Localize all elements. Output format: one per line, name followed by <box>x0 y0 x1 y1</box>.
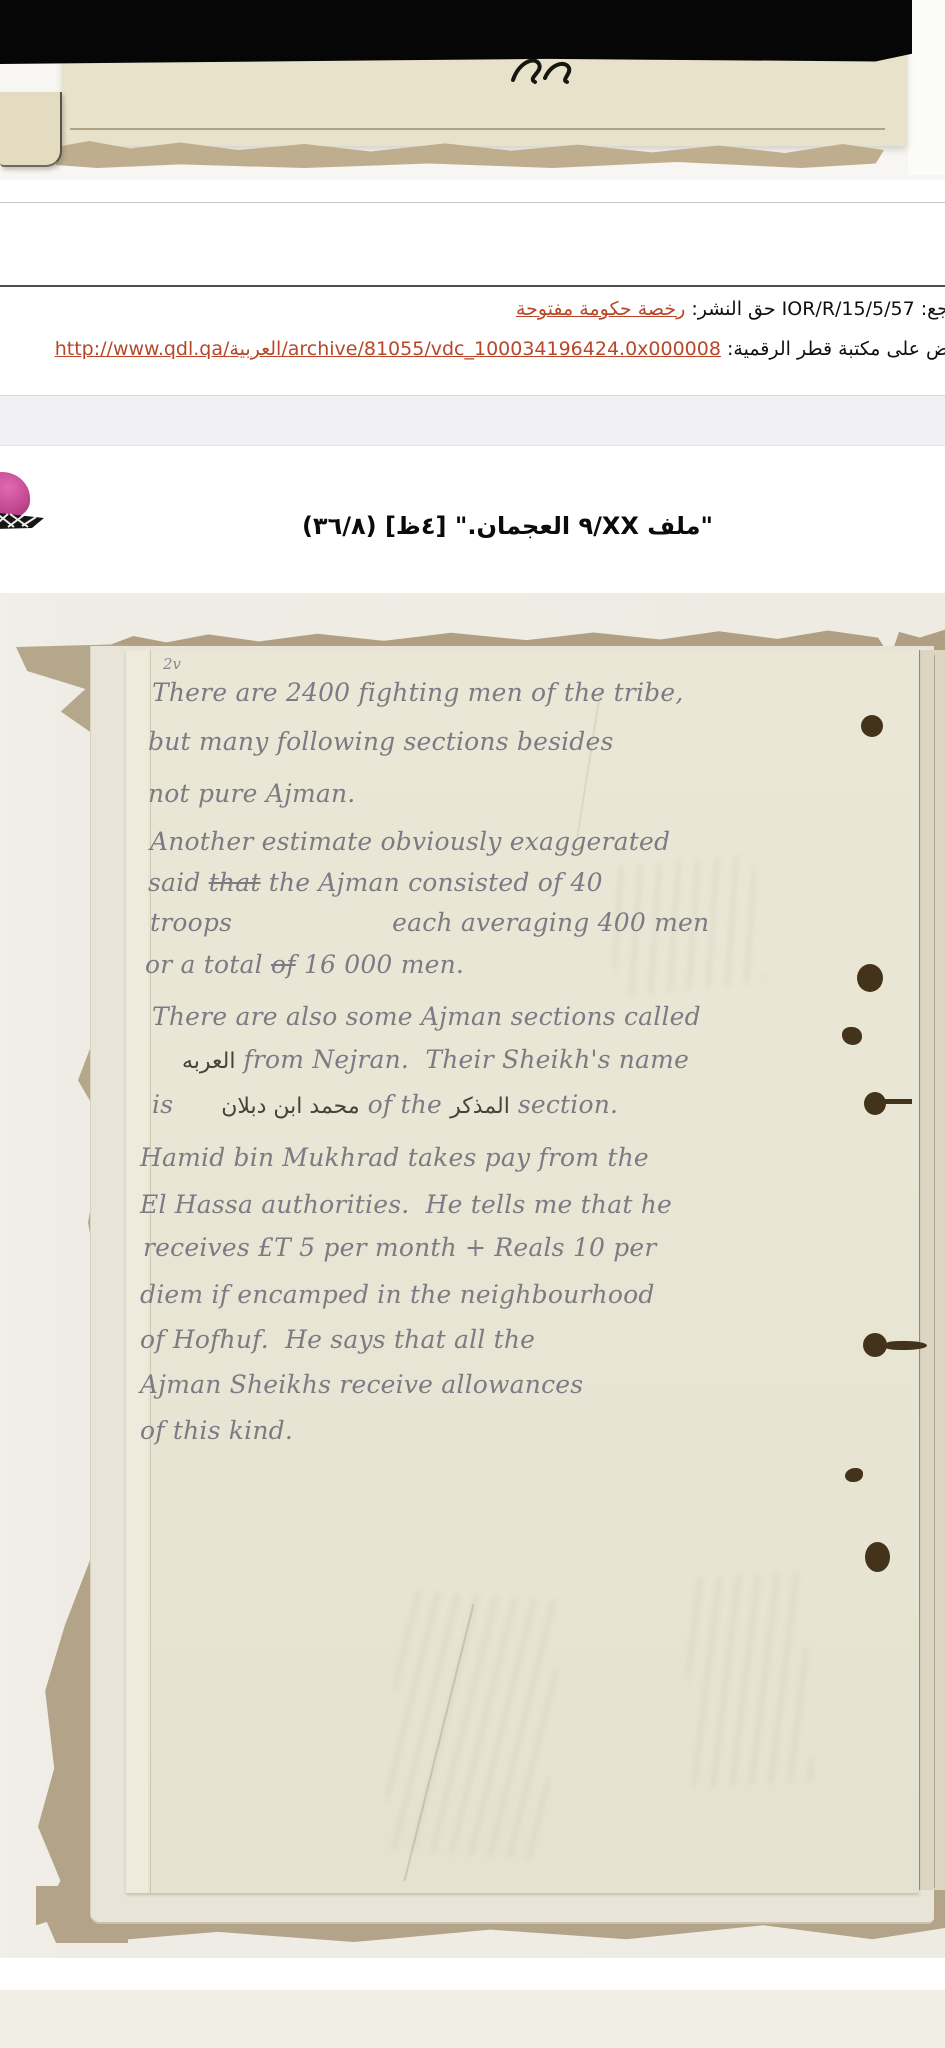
handwriting-segment: or a total <box>145 950 271 979</box>
divider-thin <box>0 202 945 203</box>
handwriting-segment: not pure Ajman. <box>148 779 355 808</box>
ink-showthrough <box>383 1590 561 1861</box>
page-title: "ملف XX/٩ العجمان." [٤ظ] (٣٦/٨) <box>70 512 945 540</box>
handwriting-segment: is <box>152 1090 173 1119</box>
citation-url-label: ض على مكتبة قطر الرقمية: <box>721 338 945 360</box>
handwriting-segment: troops <box>150 908 232 937</box>
handwriting-segment: Hamid bin Mukhrad takes pay from the <box>140 1143 649 1172</box>
handwriting-line: Hamid bin Mukhrad takes pay from the <box>140 1143 649 1173</box>
handwriting-line: not pure Ajman. <box>148 779 355 809</box>
handwriting-line: There are also some Ajman sections calle… <box>152 1002 701 1032</box>
previous-scan-fragment <box>0 0 945 180</box>
handwriting-segment: There are also some Ajman sections calle… <box>152 1002 701 1031</box>
handwriting-line: of Hofhuf. He says that all the <box>140 1325 535 1355</box>
binding-hole <box>857 964 883 992</box>
next-scan-strip <box>0 1990 945 2048</box>
binding-hole-tear <box>884 1099 912 1104</box>
handwriting-line: العربه from Nejran. Their Sheikh's name <box>182 1045 689 1075</box>
handwriting-line: Ajman Sheikhs receive allowances <box>140 1370 583 1400</box>
qdl-logo-lattice-icon <box>0 508 46 534</box>
divider-dark <box>0 285 945 287</box>
handwriting-line: or a total of 16 000 men. <box>145 950 464 980</box>
handwriting-segment: El Hassa authorities. He tells me that h… <box>140 1190 672 1219</box>
handwriting-segment: Another estimate obviously exaggerated <box>150 827 670 856</box>
handwriting-line: said that the Ajman consisted of 40 <box>148 868 603 898</box>
handwriting-line: El Hassa authorities. He tells me that h… <box>140 1190 672 1220</box>
handwriting-segment: of Hofhuf. He says that all the <box>140 1325 535 1354</box>
qdl-archive-url-link[interactable]: http://www.qdl.qa/العربية/archive/81055/… <box>55 338 721 360</box>
handwriting-segment: محمد ابن دبلان <box>221 1094 359 1119</box>
page-edges-right <box>919 650 945 1890</box>
handwriting-segment: diem if encamped in the neighbourhood <box>140 1280 655 1309</box>
handwriting-line: isمحمد ابن دبلان of the المذكر section. <box>152 1090 618 1120</box>
page-left-margin <box>126 650 148 1893</box>
handwriting-segment: Ajman Sheikhs receive allowances <box>140 1370 583 1399</box>
handwriting-line: troopseach averaging 400 men <box>150 908 709 938</box>
handwriting-segment: العربه <box>182 1049 236 1074</box>
citation-reference-line: جع: IOR/R/15/5/57 حق النشر: رخصة حكومة م… <box>516 298 945 320</box>
handwriting-line: but many following sections besides <box>148 727 614 757</box>
scan-margin <box>908 0 945 175</box>
handwriting-line: diem if encamped in the neighbourhood <box>140 1280 655 1310</box>
handwriting-segment: said <box>148 868 209 897</box>
page-edge-line <box>934 655 935 1888</box>
handwriting-segment: each averaging 400 men <box>392 908 709 937</box>
handwriting-line: There are 2400 fighting men of the tribe… <box>152 678 684 708</box>
handwriting-segment: 16 000 men. <box>296 950 464 979</box>
folio-number: 2v <box>163 655 181 673</box>
handwriting-line: receives £T 5 per month + Reals 10 per <box>143 1233 657 1263</box>
binding-hole <box>865 1542 890 1572</box>
binding-hole <box>864 1092 886 1115</box>
handwriting-segment: but many following sections besides <box>148 727 614 756</box>
binding-hole <box>842 1027 862 1045</box>
handwriting-line: Another estimate obviously exaggerated <box>150 827 670 857</box>
ink-showthrough <box>683 1572 814 1788</box>
handwriting-segment: المذكر <box>450 1094 510 1119</box>
handwriting-segment: There are 2400 fighting men of the tribe… <box>152 678 684 707</box>
handwriting-segment: that <box>209 868 261 897</box>
handwriting-segment: section. <box>510 1090 618 1119</box>
handwriting-segment: from Nejran. Their Sheikh's name <box>236 1045 690 1074</box>
handwriting-line: of this kind. <box>140 1416 293 1446</box>
handwriting-segment: of the <box>360 1090 451 1119</box>
handwriting-segment: receives £T 5 per month + Reals 10 per <box>143 1233 657 1262</box>
citation-reference-text: جع: IOR/R/15/5/57 حق النشر: <box>685 298 945 320</box>
handwriting-segment: of <box>271 950 296 979</box>
binding-hole <box>861 715 883 737</box>
paper-crease <box>70 128 885 130</box>
paper-corner <box>0 92 62 167</box>
handwriting-segment: of this kind. <box>140 1416 293 1445</box>
citation-url-line: ض على مكتبة قطر الرقمية: http://www.qdl.… <box>55 338 945 360</box>
page: جع: IOR/R/15/5/57 حق النشر: رخصة حكومة م… <box>0 0 945 2048</box>
section-divider-band <box>0 395 945 446</box>
open-government-licence-link[interactable]: رخصة حكومة مفتوحة <box>516 298 685 320</box>
scan-black-band <box>0 0 912 64</box>
binding-hole-tear <box>885 1341 927 1350</box>
handwriting-segment: the Ajman consisted of 40 <box>261 868 603 897</box>
binding-hole <box>863 1333 887 1357</box>
handwriting-fragment-icon <box>505 52 585 92</box>
